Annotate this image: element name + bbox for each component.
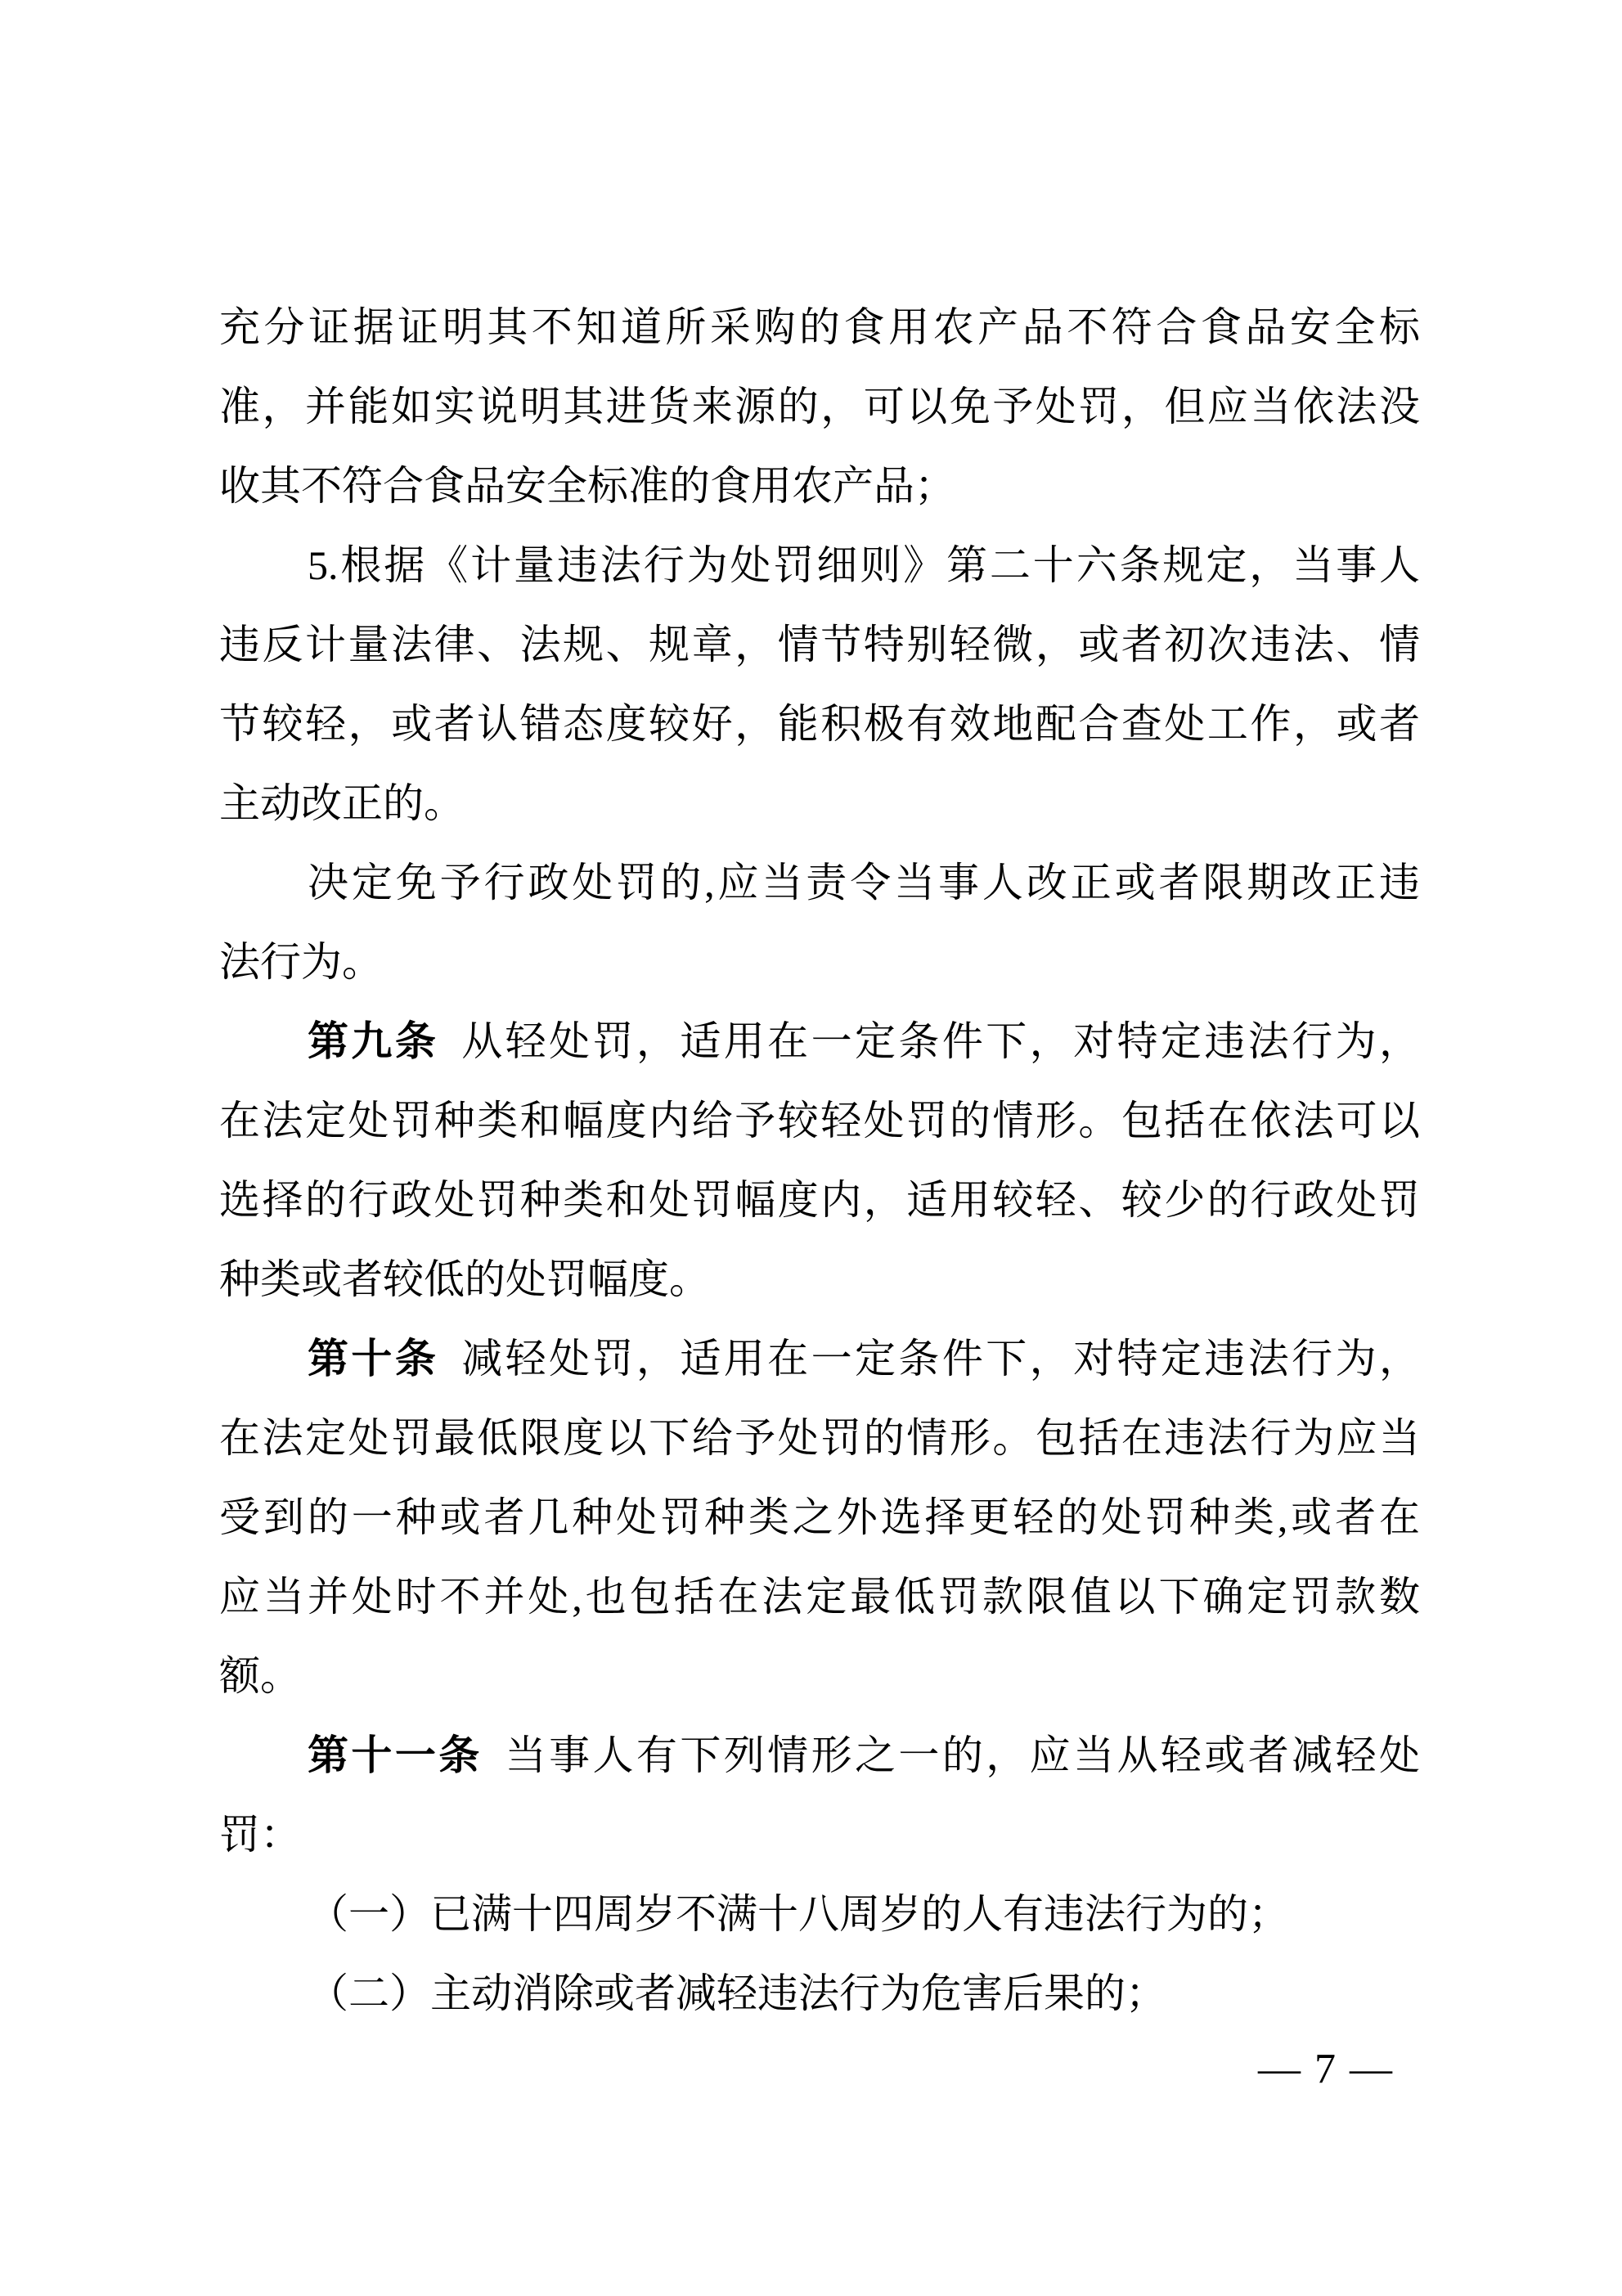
text-run: 法行为。 — [219, 939, 383, 985]
text-line: 种类或者较低的处罚幅度。 — [219, 1240, 1420, 1319]
text-run: 违反计量法律、法规、规章，情节特别轻微，或者初次违法、情 — [219, 622, 1420, 667]
text-run: 额。 — [219, 1653, 301, 1699]
article-heading: 第十一条 — [308, 1732, 483, 1778]
text-run: 当事人有下列情形之一的，应当从轻或者减轻处 — [505, 1732, 1420, 1778]
text-line: 决定免予行政处罚的,应当责令当事人改正或者限期改正违 — [219, 843, 1420, 923]
text-run: 在法定处罚最低限度以下给予处罚的情形。包括在违法行为应当 — [219, 1415, 1420, 1461]
text-line: 法行为。 — [219, 923, 1420, 1002]
text-line: 额。 — [219, 1637, 1420, 1716]
text-run: 应当并处时不并处,也包括在法定最低罚款限值以下确定罚款数 — [219, 1574, 1420, 1620]
text-run: 主动改正的。 — [219, 780, 465, 826]
text-run: 从轻处罚，适用在一定条件下，对特定违法行为， — [461, 1018, 1420, 1064]
text-run: 减轻处罚，适用在一定条件下，对特定违法行为， — [461, 1336, 1420, 1382]
text-line: 节较轻，或者认错态度较好，能积极有效地配合查处工作，或者 — [219, 685, 1420, 764]
text-run: 选择的行政处罚种类和处罚幅度内，适用较轻、较少的行政处罚 — [219, 1177, 1420, 1223]
text-line: 罚： — [219, 1795, 1420, 1875]
text-line: 第十一条当事人有下列情形之一的，应当从轻或者减轻处 — [219, 1716, 1420, 1795]
text-line: 5.根据《计量违法行为处罚细则》第二十六条规定，当事人 — [219, 526, 1420, 605]
text-line: 在法定处罚种类和幅度内给予较轻处罚的情形。包括在依法可以 — [219, 1081, 1420, 1161]
text-line: 在法定处罚最低限度以下给予处罚的情形。包括在违法行为应当 — [219, 1399, 1420, 1478]
page-number: — 7 — — [1258, 2043, 1394, 2096]
text-line: （一）已满十四周岁不满十八周岁的人有违法行为的； — [219, 1875, 1420, 1954]
text-line: （二）主动消除或者减轻违法行为危害后果的； — [219, 1954, 1420, 2033]
text-line: 准，并能如实说明其进货来源的，可以免予处罚，但应当依法没 — [219, 367, 1420, 447]
text-run: 准，并能如实说明其进货来源的，可以免予处罚，但应当依法没 — [219, 384, 1420, 429]
text-run: 罚： — [219, 1812, 301, 1858]
text-run: （一）已满十四周岁不满十八周岁的人有违法行为的； — [308, 1891, 1289, 1937]
text-run: 收其不符合食品安全标准的食用农产品； — [219, 463, 955, 509]
document-page: 充分证据证明其不知道所采购的食用农产品不符合食品安全标准，并能如实说明其进货来源… — [0, 0, 1622, 2296]
article-heading: 第十条 — [308, 1336, 438, 1382]
text-line: 受到的一种或者几种处罚种类之外选择更轻的处罚种类,或者在 — [219, 1478, 1420, 1557]
text-line: 应当并处时不并处,也包括在法定最低罚款限值以下确定罚款数 — [219, 1557, 1420, 1637]
text-line: 收其不符合食品安全标准的食用农产品； — [219, 447, 1420, 526]
text-line: 违反计量法律、法规、规章，情节特别轻微，或者初次违法、情 — [219, 605, 1420, 685]
text-line: 选择的行政处罚种类和处罚幅度内，适用较轻、较少的行政处罚 — [219, 1161, 1420, 1240]
text-run: 受到的一种或者几种处罚种类之外选择更轻的处罚种类,或者在 — [219, 1494, 1420, 1540]
text-run: 决定免予行政处罚的,应当责令当事人改正或者限期改正违 — [308, 860, 1420, 905]
text-line: 第十条减轻处罚，适用在一定条件下，对特定违法行为， — [219, 1319, 1420, 1399]
text-run: 5.根据《计量违法行为处罚细则》第二十六条规定，当事人 — [308, 542, 1420, 588]
article-heading: 第九条 — [308, 1018, 438, 1064]
text-run: 种类或者较低的处罚幅度。 — [219, 1256, 710, 1302]
text-run: 充分证据证明其不知道所采购的食用农产品不符合食品安全标 — [219, 304, 1420, 350]
text-line: 主动改正的。 — [219, 764, 1420, 843]
text-line: 第九条从轻处罚，适用在一定条件下，对特定违法行为， — [219, 1002, 1420, 1081]
text-block: 充分证据证明其不知道所采购的食用农产品不符合食品安全标准，并能如实说明其进货来源… — [219, 288, 1420, 2033]
text-run: 在法定处罚种类和幅度内给予较轻处罚的情形。包括在依法可以 — [219, 1098, 1420, 1144]
text-run: （二）主动消除或者减轻违法行为危害后果的； — [308, 1970, 1166, 2016]
text-line: 充分证据证明其不知道所采购的食用农产品不符合食品安全标 — [219, 288, 1420, 367]
text-run: 节较轻，或者认错态度较好，能积极有效地配合查处工作，或者 — [219, 701, 1420, 747]
